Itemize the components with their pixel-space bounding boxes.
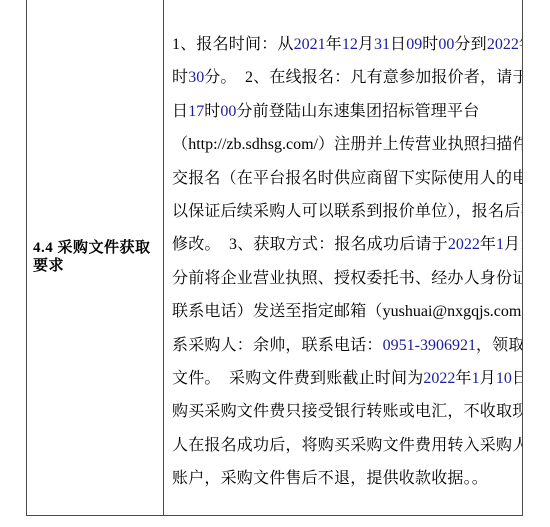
text-segment: 购买采购文件费只接受银行转账或电汇，不收取现金。请报价: [172, 403, 522, 420]
text-segment: 日: [512, 370, 522, 387]
text-segment: 月: [504, 236, 520, 253]
number-text: 12: [342, 36, 358, 53]
text-segment: 分到: [454, 36, 486, 53]
text-line: 时30分。 2、在线报名：凡有意参加报价者，请于2022年1月7: [172, 61, 518, 94]
number-text: 2022: [448, 236, 480, 253]
number-text: 10: [520, 236, 522, 253]
row-header-cell: 4.4 采购文件获取要求: [27, 0, 164, 515]
text-segment: 年: [519, 36, 522, 53]
text-line: （http://zb.sdhsg.com/）注册并上传营业执照扫描件后，在线提: [172, 128, 518, 161]
text-line: 购买采购文件费只接受银行转账或电汇，不收取现金。请报价: [172, 395, 518, 428]
number-text: 30: [188, 69, 204, 86]
email-address: yushuai@nxgqjs.com: [383, 303, 522, 320]
text-segment: 1、报名时间：从: [172, 36, 294, 53]
text-segment: 年: [480, 236, 496, 253]
text-line: 分前将企业营业执照、授权委托书、经办人身份证等资料（附: [172, 262, 518, 295]
text-segment: 日: [390, 36, 406, 53]
text-line: 以保证后续采购人可以联系到报价单位），报名后不可撤销或: [172, 195, 518, 228]
text-segment: 月: [480, 370, 496, 387]
number-text: 2022: [423, 370, 455, 387]
text-segment: （: [172, 136, 188, 153]
text-line: 联系电话）发送至指定邮箱（yushuai@nxgqjs.com），电话联: [172, 295, 518, 328]
row-content-cell: 1、报名时间：从2021年12月31日09时00分到2022年1月7日17时30…: [164, 0, 522, 515]
platform-url: http://zb.sdhsg.com/: [188, 136, 318, 153]
number-text: 09: [406, 36, 422, 53]
text-segment: 分前登陆山东速集团招标管理平台: [236, 103, 479, 120]
number-text: 10: [496, 370, 512, 387]
section-heading: 4.4 采购文件获取要求: [33, 239, 163, 275]
number-text: 2022: [487, 36, 519, 53]
number-text: 00: [438, 36, 454, 53]
text-line: 文件。 采购文件费到账截止时间为2022年1月10日17时00分，: [172, 362, 518, 395]
text-segment: 时: [422, 36, 438, 53]
text-line: 日17时00分前登陆山东速集团招标管理平台: [172, 95, 518, 128]
text-segment: 账户，采购文件售后不退，提供收款收据。。: [172, 470, 488, 487]
text-segment: 修改。 3、获取方式：报名成功后请于: [172, 236, 448, 253]
text-segment: ）注册并上传营业执照扫描件后，在线提: [318, 136, 522, 153]
number-text: 31: [374, 36, 390, 53]
text-segment: 日: [172, 103, 188, 120]
text-segment: 分前将企业营业执照、授权委托书、经办人身份证等资料（附: [172, 270, 522, 287]
phone-number: 0951-3906921: [383, 337, 476, 354]
text-line: 交报名（在平台报名时供应商留下实际使用人的电话和邮箱，: [172, 162, 518, 195]
text-segment: 人在报名成功后，将购买采购文件费用转入采购人指定的对公: [172, 437, 522, 454]
text-line: 系采购人：余帅，联系电话：0951-3906921，领取电子版采购: [172, 329, 518, 362]
number-text: 00: [220, 103, 236, 120]
text-segment: 时: [204, 103, 220, 120]
text-segment: 月: [358, 36, 374, 53]
text-segment: 时: [172, 69, 188, 86]
text-segment: ，领取电子版采购: [476, 337, 522, 354]
text-segment: 文件。 采购文件费到账截止时间为: [172, 370, 423, 387]
text-segment: 以保证后续采购人可以联系到报价单位），报名后不可撤销或: [172, 203, 522, 220]
text-segment: 系采购人：余帅，联系电话：: [172, 337, 383, 354]
number-text: 1: [472, 370, 480, 387]
text-line: 修改。 3、获取方式：报名成功后请于2022年1月10日17时30: [172, 228, 518, 261]
text-line: 1、报名时间：从2021年12月31日09时00分到2022年1月7日17: [172, 28, 518, 61]
text-segment: ），电话联: [521, 303, 522, 320]
number-text: 2021: [294, 36, 326, 53]
text-segment: 年: [455, 370, 471, 387]
text-segment: 交报名（在平台报名时供应商留下实际使用人的电话和邮箱，: [172, 170, 522, 187]
text-segment: 分。 2、在线报名：凡有意参加报价者，请于: [204, 69, 522, 86]
number-text: 17: [188, 103, 204, 120]
text-segment: 联系电话）发送至指定邮箱（: [172, 303, 383, 320]
text-line: 账户，采购文件售后不退，提供收款收据。。: [172, 462, 518, 495]
number-text: 1: [496, 236, 504, 253]
text-line: 人在报名成功后，将购买采购文件费用转入采购人指定的对公: [172, 429, 518, 462]
document-table: 4.4 采购文件获取要求 1、报名时间：从2021年12月31日09时00分到2…: [26, 0, 523, 516]
text-segment: 年: [326, 36, 342, 53]
content-text: 1、报名时间：从2021年12月31日09时00分到2022年1月7日17时30…: [172, 28, 518, 495]
